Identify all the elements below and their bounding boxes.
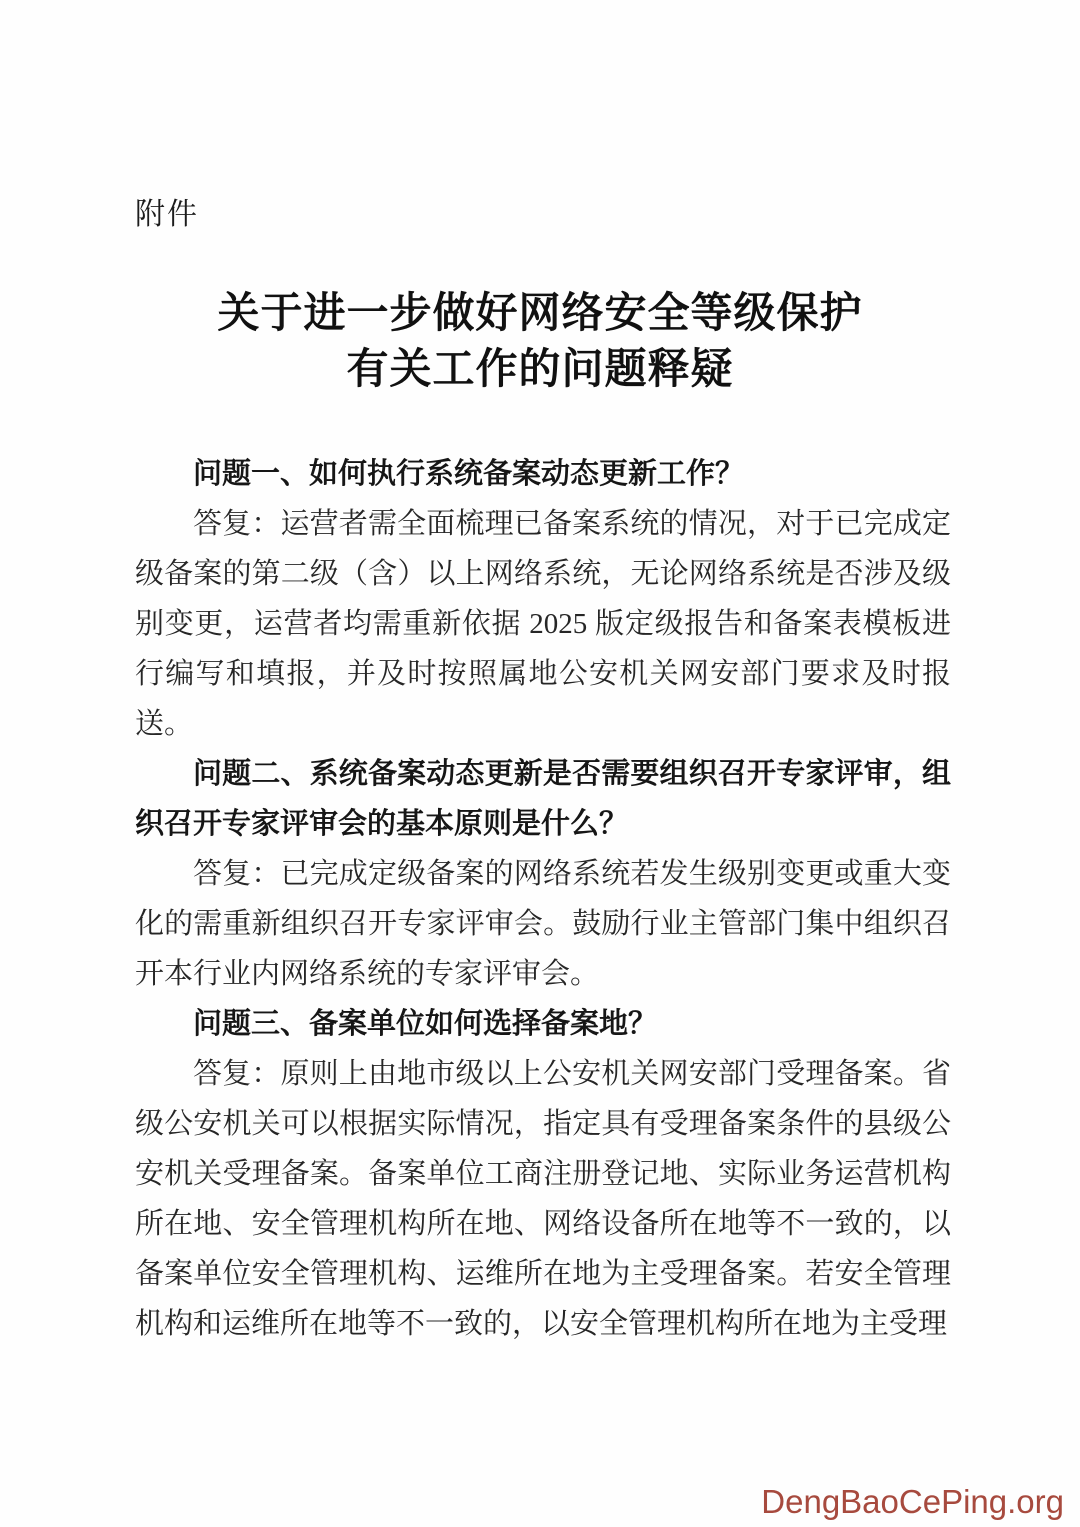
question-1-heading: 问题一、如何执行系统备案动态更新工作？ xyxy=(135,449,951,499)
answer-3-paragraph: 答复：原则上由地市级以上公安机关网安部门受理备案。省级公安机关可以根据实际情况，… xyxy=(135,1049,951,1349)
attachment-label: 附件 xyxy=(135,196,199,234)
document-page: 附件 关于进一步做好网络安全等级保护 有关工作的问题释疑 问题一、如何执行系统备… xyxy=(0,0,1080,1527)
question-2-heading: 问题二、系统备案动态更新是否需要组织召开专家评审，组织召开专家评审会的基本原则是… xyxy=(135,749,951,849)
document-title-line-1: 关于进一步做好网络安全等级保护 xyxy=(0,286,1080,342)
answer-2-paragraph: 答复：已完成定级备案的网络系统若发生级别变更或重大变化的需重新组织召开专家评审会… xyxy=(135,849,951,999)
question-3-heading: 问题三、备案单位如何选择备案地？ xyxy=(135,999,951,1049)
document-title: 关于进一步做好网络安全等级保护 有关工作的问题释疑 xyxy=(0,286,1080,398)
answer-1-paragraph: 答复：运营者需全面梳理已备案系统的情况，对于已完成定级备案的第二级（含）以上网络… xyxy=(135,499,951,749)
document-body: 问题一、如何执行系统备案动态更新工作？ 答复：运营者需全面梳理已备案系统的情况，… xyxy=(135,449,951,1349)
site-watermark: DengBaoCePing.org xyxy=(761,1485,1064,1519)
document-title-line-2: 有关工作的问题释疑 xyxy=(0,342,1080,398)
